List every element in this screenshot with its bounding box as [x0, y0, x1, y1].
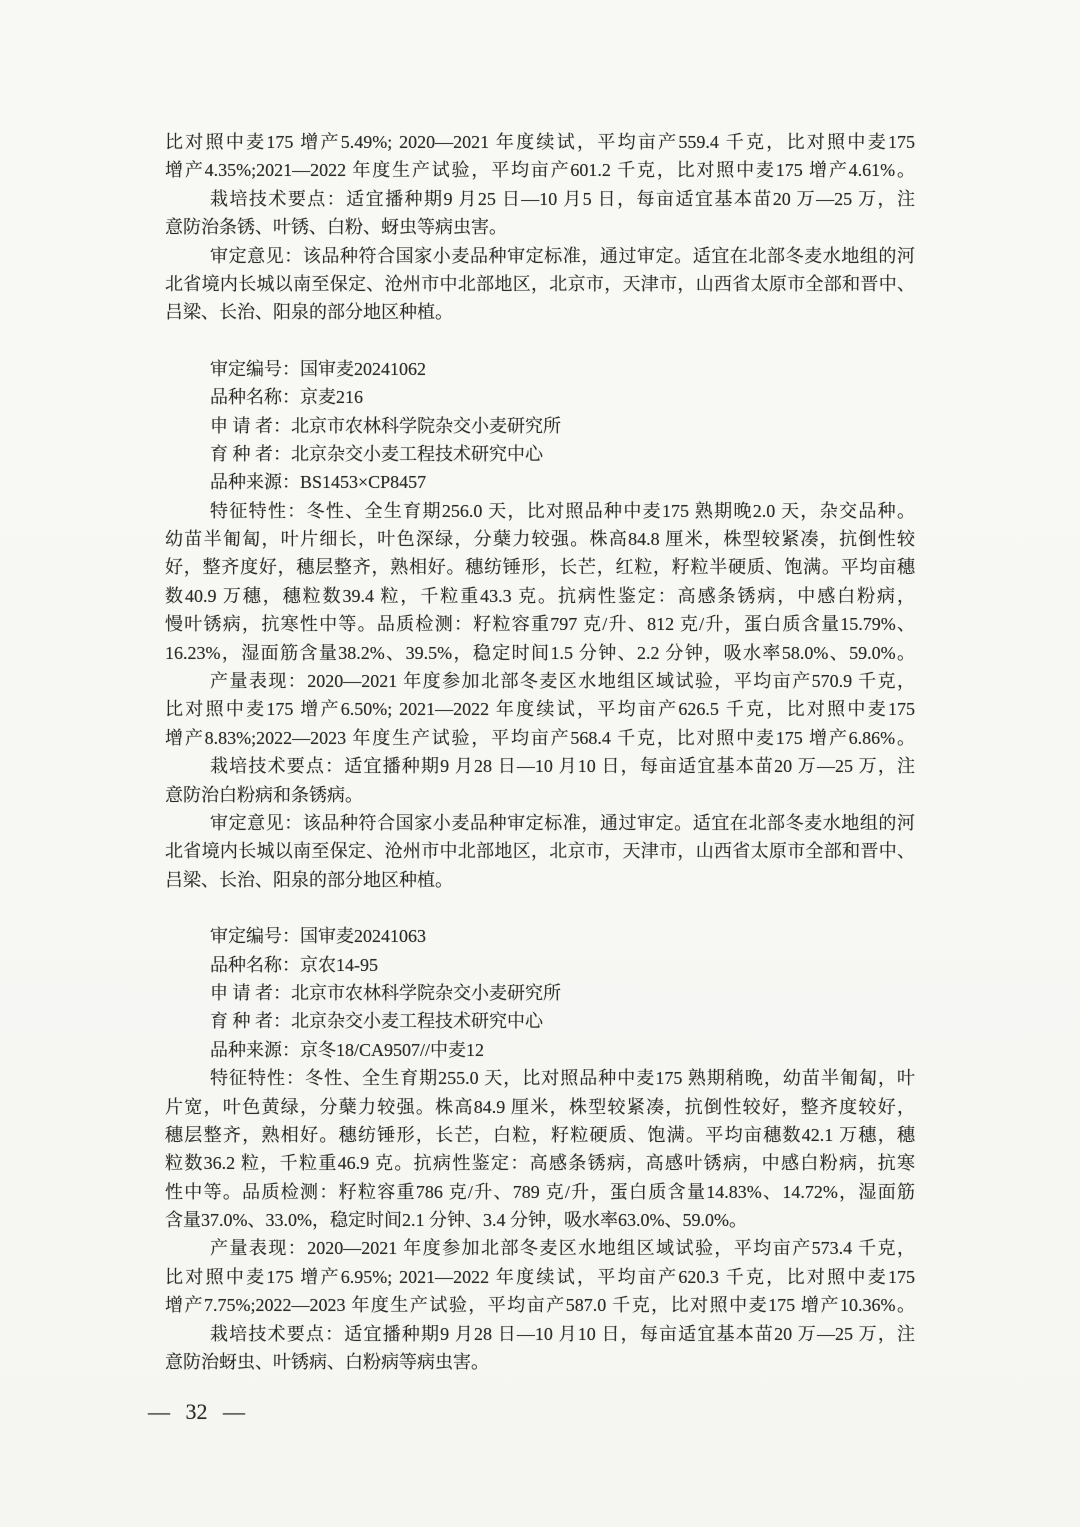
yield-performance-line: 产量表现：2020—2021 年度参加北部冬麦区水地组区域试验，平均亩产570.… [165, 667, 915, 695]
record-continuation-previous-variety: 比对照中麦175 增产5.49%; 2020—2021 年度续试，平均亩产559… [165, 128, 915, 327]
characteristics-line: 数40.9 万穗，穗粒数39.4 粒，千粒重43.3 克。抗病性鉴定：高感条锈病… [165, 582, 915, 610]
yield-performance-line: 比对照中麦175 增产6.95%; 2021—2022 年度续试，平均亩产620… [165, 1263, 915, 1291]
approval-opinion-line: 北省境内长城以南至保定、沧州市中北部地区，北京市，天津市，山西省太原市全部和晋中… [165, 270, 915, 298]
yield-performance-line: 比对照中麦175 增产5.49%; 2020—2021 年度续试，平均亩产559… [165, 128, 915, 156]
field-applicant: 申 请 者：北京市农林科学院杂交小麦研究所 [165, 412, 915, 440]
yield-performance-line: 增产4.35%;2021—2022 年度生产试验，平均亩产601.2 千克，比对… [165, 156, 915, 184]
yield-performance-line: 产量表现：2020—2021 年度参加北部冬麦区水地组区域试验，平均亩产573.… [165, 1234, 915, 1262]
field-breeder: 育 种 者：北京杂交小麦工程技术研究中心 [165, 1007, 915, 1035]
characteristics-line: 特征特性：冬性、全生育期256.0 天，比对照品种中麦175 熟期晚2.0 天，… [165, 497, 915, 525]
cultivation-points-line: 栽培技术要点：适宜播种期9 月25 日—10 月5 日，每亩适宜基本苗20 万—… [165, 185, 915, 213]
characteristics-line: 性中等。品质检测：籽粒容重786 克/升、789 克/升，蛋白质含量14.83%… [165, 1178, 915, 1206]
characteristics-line: 好，整齐度好，穗层整齐，熟相好。穗纺锤形，长芒，红粒，籽粒半硬质、饱满。平均亩穗 [165, 553, 915, 581]
characteristics-line: 片宽，叶色黄绿，分蘖力较强。株高84.9 厘米，株型较紧凑，抗倒性较好，整齐度较… [165, 1093, 915, 1121]
cultivation-points-line: 意防治条锈、叶锈、白粉、蚜虫等病虫害。 [165, 213, 915, 241]
characteristics-line: 含量37.0%、33.0%，稳定时间2.1 分钟、3.4 分钟，吸水率63.0%… [165, 1206, 915, 1234]
field-variety-name: 品种名称：京麦216 [165, 383, 915, 411]
field-approval-number: 审定编号：国审麦20241062 [165, 355, 915, 383]
page-footer: — 32 — [148, 1399, 245, 1425]
approval-opinion-line: 审定意见：该品种符合国家小麦品种审定标准，通过审定。适宜在北部冬麦水地组的河 [165, 242, 915, 270]
yield-performance-line: 比对照中麦175 增产6.50%; 2021—2022 年度续试，平均亩产626… [165, 695, 915, 723]
cultivation-points-line: 意防治白粉病和条锈病。 [165, 781, 915, 809]
record-guoshenmai-20241062: 审定编号：国审麦20241062 品种名称：京麦216 申 请 者：北京市农林科… [165, 355, 915, 894]
field-variety-origin: 品种来源：京冬18/CA9507//中麦12 [165, 1036, 915, 1064]
characteristics-line: 特征特性：冬性、全生育期255.0 天，比对照品种中麦175 熟期稍晚，幼苗半匍… [165, 1064, 915, 1092]
characteristics-line: 粒数36.2 粒，千粒重46.9 克。抗病性鉴定：高感条锈病，高感叶锈病，中感白… [165, 1149, 915, 1177]
page-number: — 32 — [148, 1399, 245, 1424]
field-applicant: 申 请 者：北京市农林科学院杂交小麦研究所 [165, 979, 915, 1007]
approval-opinion-line: 吕梁、长治、阳泉的部分地区种植。 [165, 298, 915, 326]
approval-opinion-line: 吕梁、长治、阳泉的部分地区种植。 [165, 866, 915, 894]
characteristics-line: 慢叶锈病，抗寒性中等。品质检测：籽粒容重797 克/升、812 克/升，蛋白质含… [165, 610, 915, 638]
cultivation-points-line: 栽培技术要点：适宜播种期9 月28 日—10 月10 日，每亩适宜基本苗20 万… [165, 1320, 915, 1348]
field-approval-number: 审定编号：国审麦20241063 [165, 922, 915, 950]
yield-performance-line: 增产8.83%;2022—2023 年度生产试验，平均亩产568.4 千克，比对… [165, 724, 915, 752]
cultivation-points-line: 意防治蚜虫、叶锈病、白粉病等病虫害。 [165, 1348, 915, 1376]
record-guoshenmai-20241063: 审定编号：国审麦20241063 品种名称：京农14-95 申 请 者：北京市农… [165, 922, 915, 1376]
characteristics-line: 幼苗半匍匐，叶片细长，叶色深绿，分蘖力较强。株高84.8 厘米，株型较紧凑，抗倒… [165, 525, 915, 553]
field-variety-name: 品种名称：京农14-95 [165, 951, 915, 979]
approval-opinion-line: 北省境内长城以南至保定、沧州市中北部地区，北京市，天津市，山西省太原市全部和晋中… [165, 837, 915, 865]
characteristics-line: 16.23%，湿面筋含量38.2%、39.5%，稳定时间1.5 分钟、2.2 分… [165, 639, 915, 667]
field-breeder: 育 种 者：北京杂交小麦工程技术研究中心 [165, 440, 915, 468]
cultivation-points-line: 栽培技术要点：适宜播种期9 月28 日—10 月10 日，每亩适宜基本苗20 万… [165, 752, 915, 780]
field-variety-origin: 品种来源：BS1453×CP8457 [165, 468, 915, 496]
characteristics-line: 穗层整齐，熟相好。穗纺锤形，长芒，白粒，籽粒硬质、饱满。平均亩穗数42.1 万穗… [165, 1121, 915, 1149]
document-body: 比对照中麦175 增产5.49%; 2020—2021 年度续试，平均亩产559… [165, 128, 915, 1376]
yield-performance-line: 增产7.75%;2022—2023 年度生产试验，平均亩产587.0 千克，比对… [165, 1291, 915, 1319]
approval-opinion-line: 审定意见：该品种符合国家小麦品种审定标准，通过审定。适宜在北部冬麦水地组的河 [165, 809, 915, 837]
scanned-document-page: 比对照中麦175 增产5.49%; 2020—2021 年度续试，平均亩产559… [0, 0, 1080, 1527]
